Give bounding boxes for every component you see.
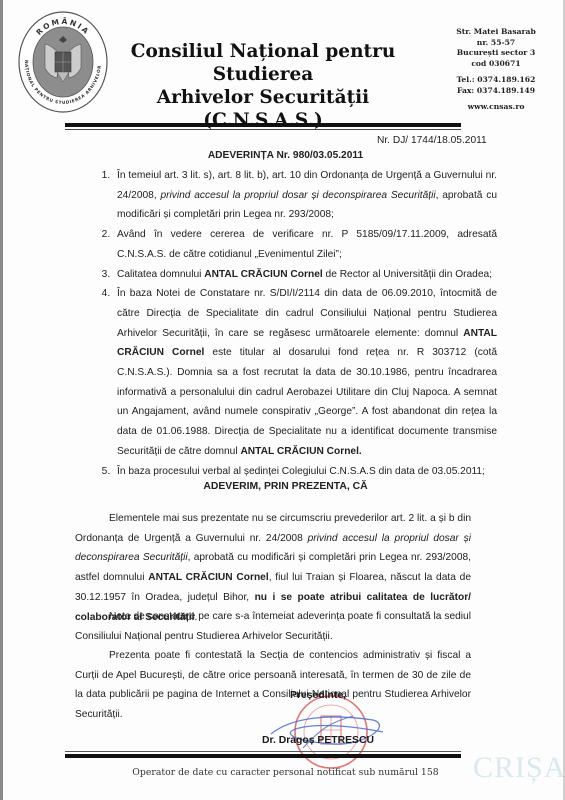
signer-name: Dr. Dragoș PETRESCU (238, 735, 398, 746)
document-title: ADEVERINȚA Nr. 980/03.05.2011 (3, 146, 565, 166)
grounds-list: În temeiul art. 3 lit. s), art. 8 lit. b… (87, 166, 497, 481)
grounds-item: În temeiul art. 3 lit. s), art. 8 lit. b… (113, 166, 497, 225)
grounds-item: În baza Notei de Constatare nr. S/DI/I/2… (113, 284, 497, 461)
contact-block: Str. Matei Basarab nr. 55-57 București s… (441, 27, 551, 113)
address-line: Str. Matei Basarab (441, 27, 551, 38)
confirmation-heading: ADEVERIM, PRIN PREZENTA, CĂ (3, 477, 565, 497)
document-page: ROMÂNIA CONSILIUL NAȚIONAL PENTRU STUDIE… (0, 0, 565, 800)
phone-number: Tel.: 0374.189.162 (441, 75, 551, 86)
address-line: cod 030671 (441, 59, 551, 70)
romania-coat-of-arms-seal-icon: ROMÂNIA CONSILIUL NAȚIONAL PENTRU STUDIE… (17, 6, 109, 114)
address-line: București sector 3 (441, 48, 551, 59)
website-link[interactable]: www.cnsas.ro (441, 102, 551, 113)
footer-divider (65, 754, 461, 758)
consultation-paragraph: Nota de constatare pe care s-a întemeiat… (75, 607, 471, 646)
address-line: nr. 55-57 (441, 38, 551, 49)
institution-title: Consiliul Național pentru Studierea Arhi… (113, 40, 413, 132)
institution-title-line: Arhivelor Securității (113, 86, 413, 109)
signer-role: Președinte, (263, 690, 373, 701)
grounds-item: Calitatea domnului ANTAL CRĂCIUN Cornel … (113, 265, 497, 285)
publisher-watermark: CRIȘANA (473, 751, 565, 785)
grounds-item: Având în vedere cererea de verificare nr… (113, 225, 497, 264)
institution-title-line: Consiliul Național pentru Studierea (113, 40, 413, 86)
fax-number: Fax: 0374.189.149 (441, 86, 551, 97)
header-divider (65, 123, 461, 127)
